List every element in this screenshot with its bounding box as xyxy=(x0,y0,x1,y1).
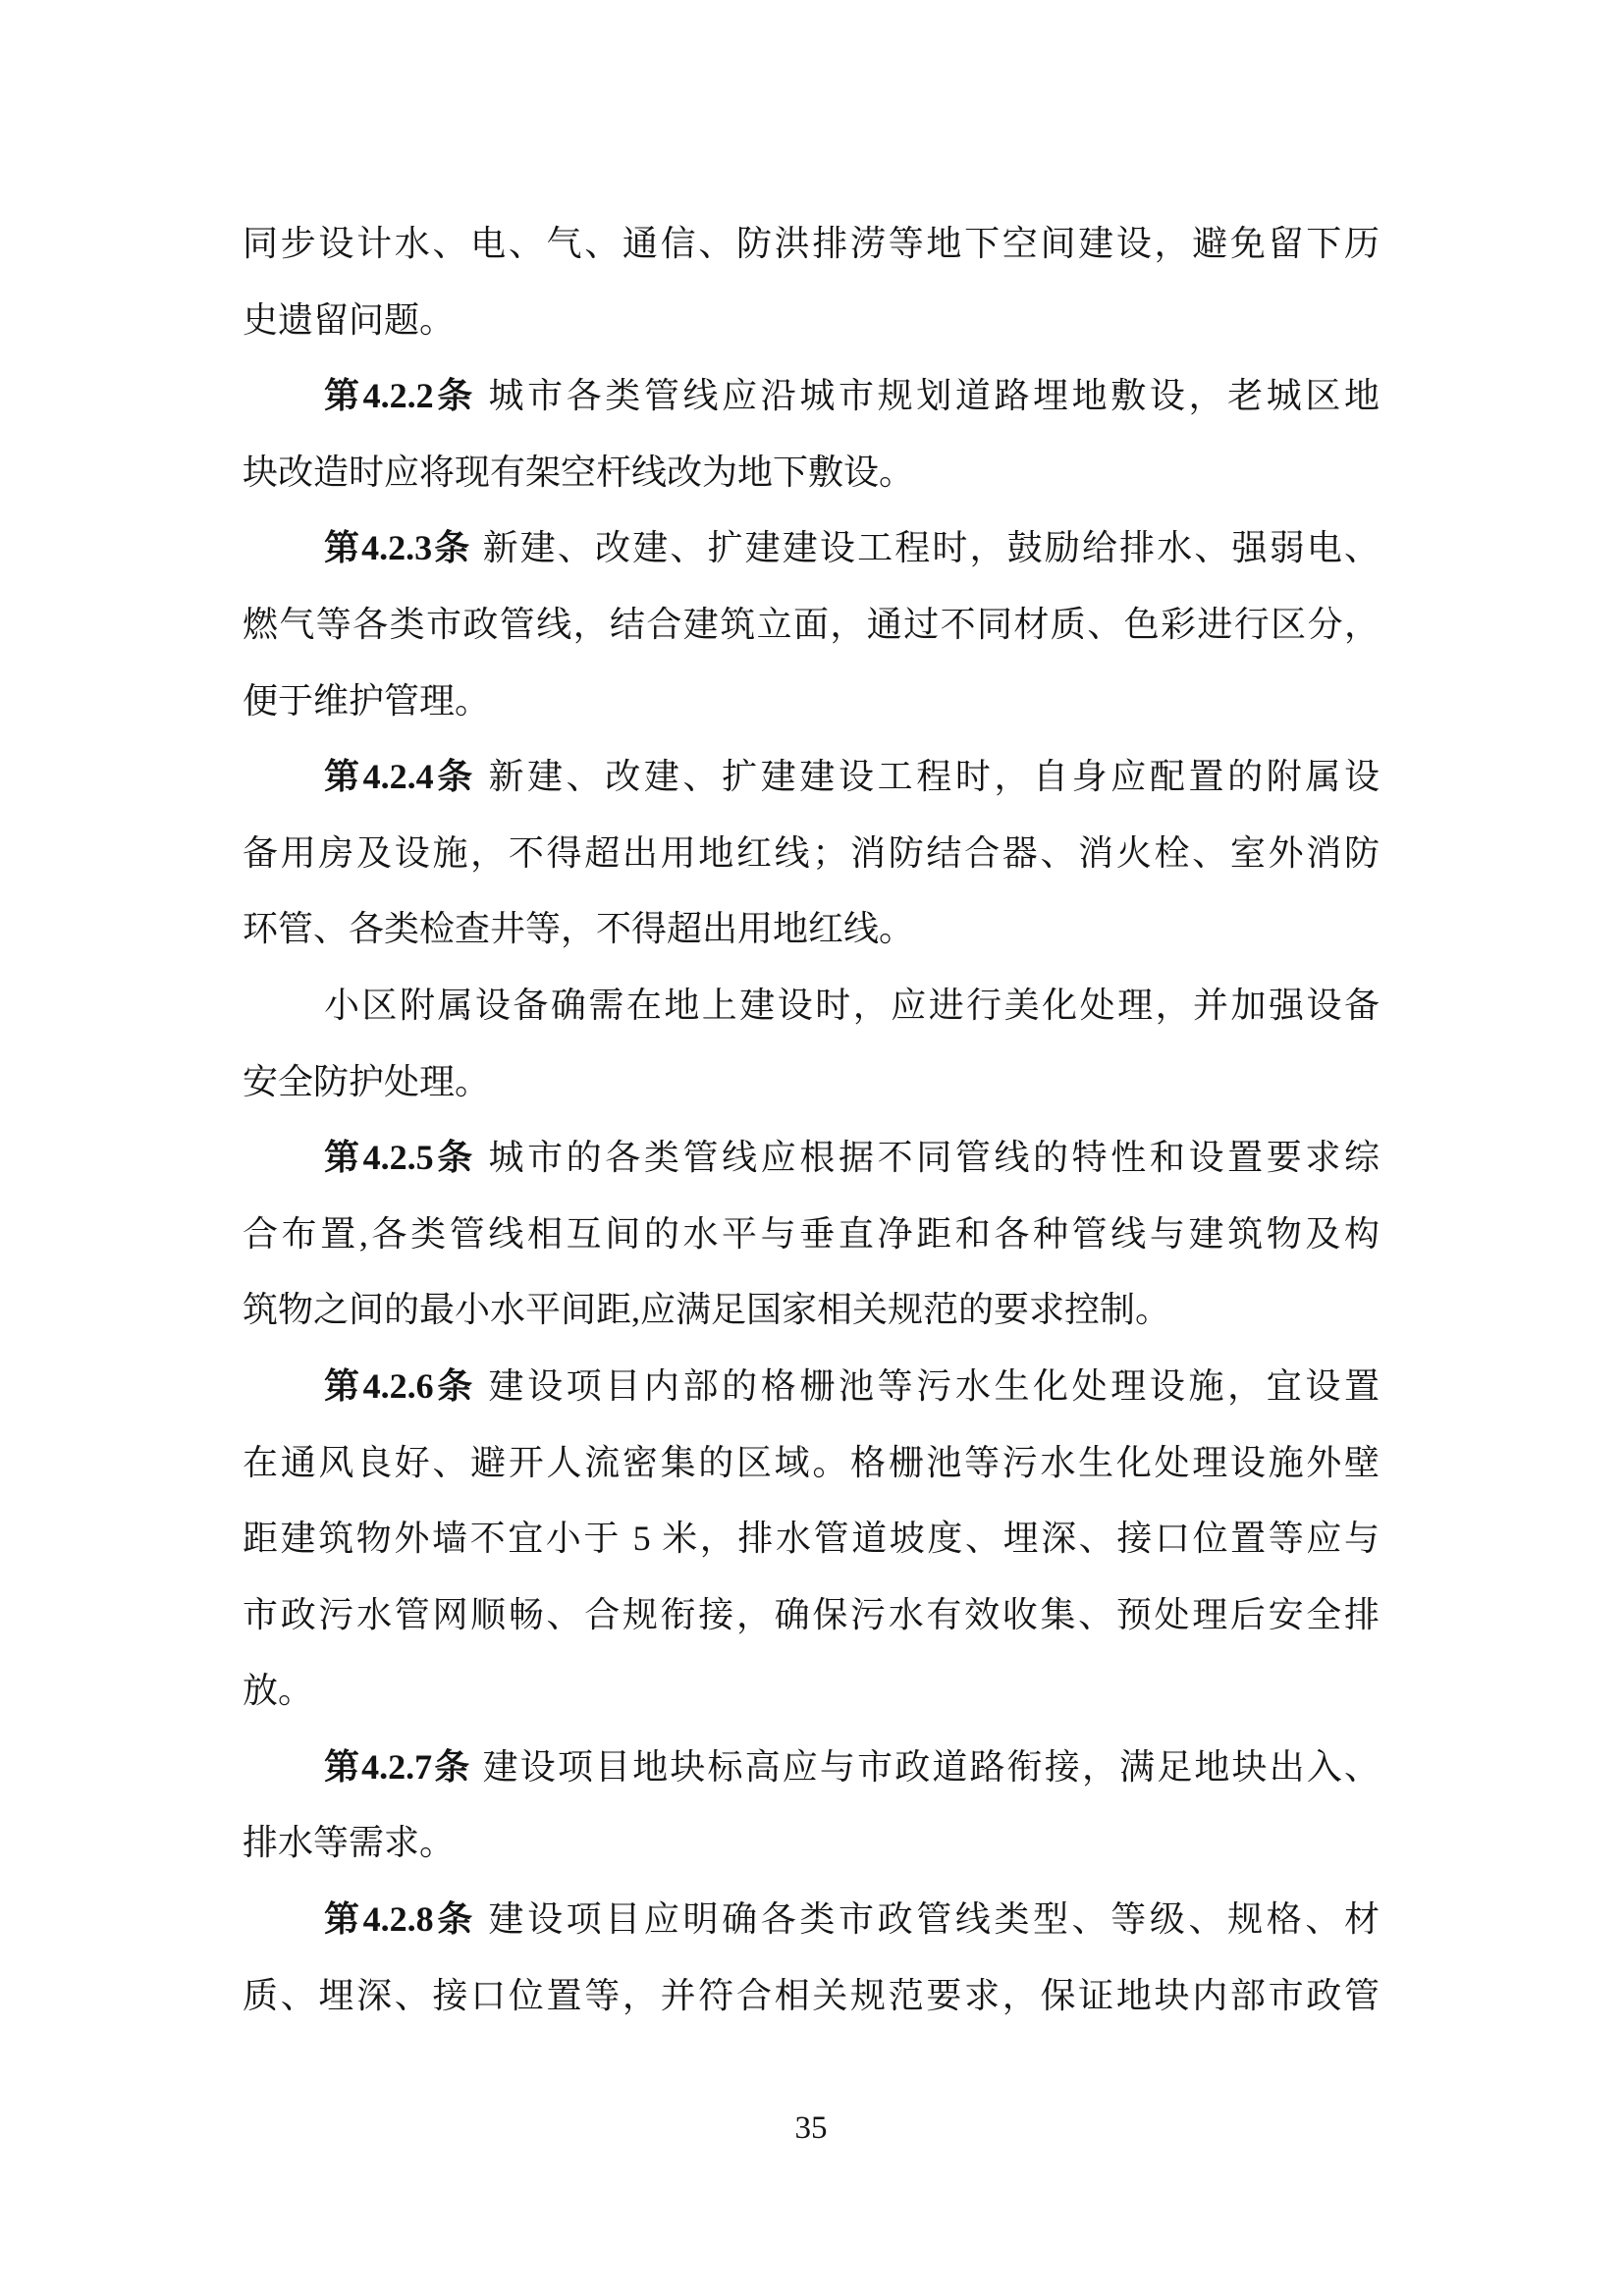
line-text: 距建筑物外墙不宜小于 5 米，排水管道坡度、埋深、接口位置等应与 xyxy=(243,1519,1380,1558)
text-line: 便于维护管理。 xyxy=(243,664,1380,740)
article-number-label: 第4.2.2条 xyxy=(324,376,476,415)
line-text: 备用房及设施，不得超出用地红线；消防结合器、消火栓、室外消防 xyxy=(243,833,1380,873)
article-number-label: 第4.2.6条 xyxy=(324,1366,476,1406)
line-text: 排水等需求。 xyxy=(243,1823,455,1862)
article-number-label: 第4.2.4条 xyxy=(324,757,476,796)
article-number-label: 第4.2.8条 xyxy=(324,1899,476,1939)
text-line: 排水等需求。 xyxy=(243,1805,1380,1882)
text-line: 备用房及设施，不得超出用地红线；消防结合器、消火栓、室外消防 xyxy=(243,816,1380,892)
text-line: 第4.2.6条 建设项目内部的格栅池等污水生化处理设施，宜设置 xyxy=(243,1349,1380,1425)
line-text: 燃气等各类市政管线，结合建筑立面，通过不同材质、色彩进行区分， xyxy=(243,605,1380,644)
line-text: 建设项目地块标高应与市政道路衔接，满足地块出入、 xyxy=(471,1747,1380,1787)
line-text: 城市的各类管线应根据不同管线的特性和设置要求综 xyxy=(476,1138,1380,1177)
text-line: 第4.2.3条 新建、改建、扩建建设工程时，鼓励给排水、强弱电、 xyxy=(243,510,1380,587)
document-body: 同步设计水、电、气、通信、防洪排涝等地下空间建设，避免留下历史遗留问题。第4.2… xyxy=(243,206,1380,2034)
text-line: 合布置,各类管线相互间的水平与垂直净距和各种管线与建筑物及构 xyxy=(243,1197,1380,1273)
page-number: 35 xyxy=(243,2107,1380,2150)
text-line: 燃气等各类市政管线，结合建筑立面，通过不同材质、色彩进行区分， xyxy=(243,587,1380,664)
text-line: 第4.2.8条 建设项目应明确各类市政管线类型、等级、规格、材 xyxy=(243,1882,1380,1958)
line-text: 块改造时应将现有架空杆线改为地下敷设。 xyxy=(243,453,914,492)
text-line: 市政污水管网顺畅、合规衔接，确保污水有效收集、预处理后安全排 xyxy=(243,1577,1380,1654)
text-line: 第4.2.4条 新建、改建、扩建建设工程时，自身应配置的附属设 xyxy=(243,739,1380,816)
line-text: 环管、各类检查井等，不得超出用地红线。 xyxy=(243,909,914,948)
line-text: 放。 xyxy=(243,1671,313,1710)
line-text: 安全防护处理。 xyxy=(243,1062,490,1101)
text-line: 史遗留问题。 xyxy=(243,283,1380,359)
text-line: 在通风良好、避开人流密集的区域。格栅池等污水生化处理设施外壁 xyxy=(243,1425,1380,1502)
text-line: 质、埋深、接口位置等，并符合相关规范要求，保证地块内部市政管 xyxy=(243,1958,1380,2035)
text-line: 放。 xyxy=(243,1653,1380,1730)
line-text: 便于维护管理。 xyxy=(243,681,490,721)
text-line: 环管、各类检查井等，不得超出用地红线。 xyxy=(243,891,1380,968)
line-text: 在通风良好、避开人流密集的区域。格栅池等污水生化处理设施外壁 xyxy=(243,1443,1380,1482)
text-line: 同步设计水、电、气、通信、防洪排涝等地下空间建设，避免留下历 xyxy=(243,206,1380,283)
text-line: 第4.2.2条 城市各类管线应沿城市规划道路埋地敷设，老城区地 xyxy=(243,358,1380,435)
line-text: 合布置,各类管线相互间的水平与垂直净距和各种管线与建筑物及构 xyxy=(243,1214,1380,1254)
line-text: 市政污水管网顺畅、合规衔接，确保污水有效收集、预处理后安全排 xyxy=(243,1595,1380,1634)
line-text: 史遗留问题。 xyxy=(243,300,455,340)
line-text: 城市各类管线应沿城市规划道路埋地敷设，老城区地 xyxy=(476,376,1380,415)
line-text: 小区附属设备确需在地上建设时，应进行美化处理，并加强设备 xyxy=(324,986,1380,1025)
text-line: 距建筑物外墙不宜小于 5 米，排水管道坡度、埋深、接口位置等应与 xyxy=(243,1501,1380,1577)
article-number-label: 第4.2.7条 xyxy=(324,1747,471,1787)
text-line: 第4.2.7条 建设项目地块标高应与市政道路衔接，满足地块出入、 xyxy=(243,1730,1380,1806)
line-text: 建设项目应明确各类市政管线类型、等级、规格、材 xyxy=(476,1899,1380,1939)
line-text: 新建、改建、扩建建设工程时，鼓励给排水、强弱电、 xyxy=(471,528,1380,567)
line-text: 质、埋深、接口位置等，并符合相关规范要求，保证地块内部市政管 xyxy=(243,1976,1380,2015)
line-text: 建设项目内部的格栅池等污水生化处理设施，宜设置 xyxy=(476,1366,1380,1406)
line-text: 筑物之间的最小水平间距,应满足国家相关规范的要求控制。 xyxy=(243,1290,1170,1329)
line-text: 同步设计水、电、气、通信、防洪排涝等地下空间建设，避免留下历 xyxy=(243,224,1380,263)
line-text: 新建、改建、扩建建设工程时，自身应配置的附属设 xyxy=(476,757,1380,796)
text-line: 块改造时应将现有架空杆线改为地下敷设。 xyxy=(243,435,1380,511)
text-line: 筑物之间的最小水平间距,应满足国家相关规范的要求控制。 xyxy=(243,1272,1380,1349)
text-line: 小区附属设备确需在地上建设时，应进行美化处理，并加强设备 xyxy=(243,968,1380,1044)
text-line: 安全防护处理。 xyxy=(243,1044,1380,1121)
document-page: 同步设计水、电、气、通信、防洪排涝等地下空间建设，避免留下历史遗留问题。第4.2… xyxy=(0,0,1624,2296)
text-line: 第4.2.5条 城市的各类管线应根据不同管线的特性和设置要求综 xyxy=(243,1120,1380,1197)
article-number-label: 第4.2.3条 xyxy=(324,528,471,567)
article-number-label: 第4.2.5条 xyxy=(324,1138,476,1177)
